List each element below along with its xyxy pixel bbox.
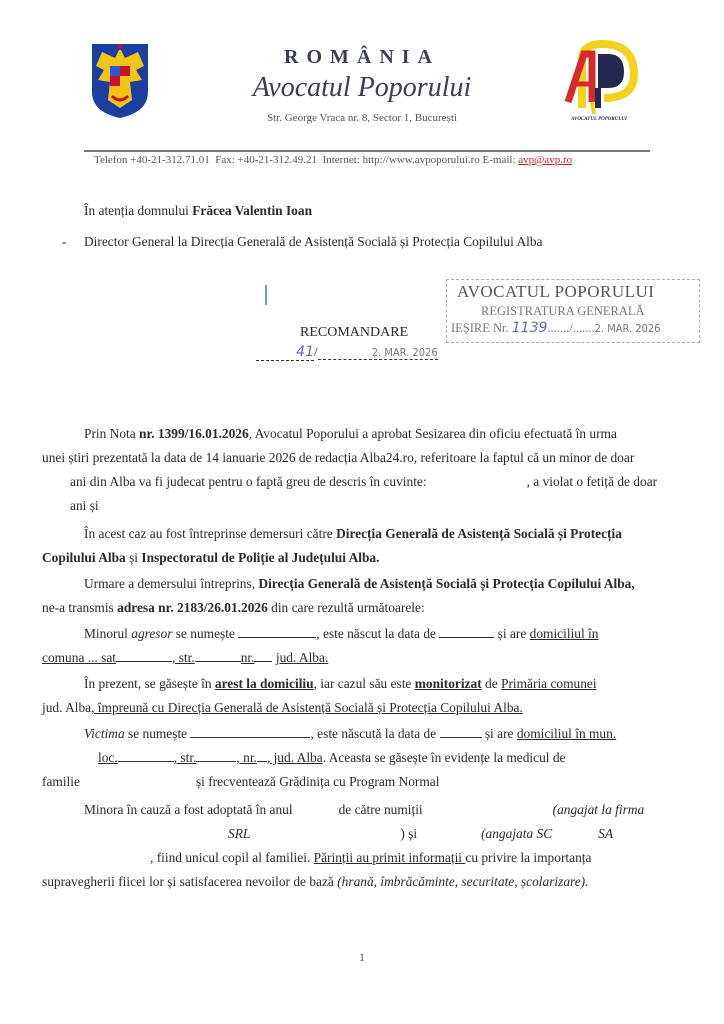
paragraph-1-line-2: unei știri prezentată la data de 14 ianu…	[42, 446, 634, 469]
paragraph-7-line-2: SRL) și(angajata SCSA	[228, 822, 613, 845]
text: arest la domiciliu	[215, 676, 314, 691]
registry-stamp: AVOCATUL POPORULUI REGISTRATURA GENERALĂ…	[446, 279, 700, 343]
text: Victima	[84, 726, 125, 741]
text: domiciliul în mun.	[517, 726, 616, 741]
paragraph-2-line-2: Copilului Alba și Inspectoratul de Poliț…	[42, 546, 379, 569]
text: Minorul	[84, 626, 131, 641]
text: , jud. Alba	[267, 750, 323, 765]
paragraph-4-line-1: Minorul agresor se numește , este născut…	[84, 622, 598, 645]
paragraph-6-line-3: familieși frecventează Grădinița cu Prog…	[42, 770, 439, 793]
header-divider	[84, 150, 650, 152]
text: se numește	[125, 726, 191, 741]
stamp-line-3: IEȘIRE Nr. 1139......./.......2. MAR. 20…	[451, 320, 660, 336]
contact-email-label: E-mail:	[483, 154, 516, 166]
redacted-blank	[238, 625, 316, 638]
text: În prezent, se găsește în	[84, 676, 215, 691]
paragraph-7-line-1: Minora în cauză a fost adoptată în anuld…	[84, 798, 644, 821]
text: ani din Alba va fi judecat pentru o fapt…	[70, 474, 427, 489]
text: , este născut la data de	[316, 626, 439, 641]
institution-name: Direcția Generală de Asistență Socială ș…	[336, 526, 622, 541]
paragraph-7-line-4: supravegherii fiicei lor și satisfacerea…	[42, 870, 589, 893]
text: loc.	[98, 750, 118, 765]
text: Minora în cauză a fost adoptată în anul	[84, 802, 293, 817]
text: , str.	[172, 650, 195, 665]
text: , nr.	[236, 750, 256, 765]
text: se numește	[172, 626, 238, 641]
text: jud. Alba	[42, 700, 91, 715]
paragraph-5-line-1: În prezent, se găsește în arest la domic…	[84, 672, 597, 695]
redacted-blank	[118, 749, 174, 762]
institution-name: Copilului Alba	[42, 550, 126, 565]
paragraph-2-line-1: În acest caz au fost întreprinse demersu…	[84, 522, 622, 545]
redacted-blank	[439, 625, 494, 638]
text: , iar cazul său este	[314, 676, 415, 691]
text: și	[126, 550, 142, 565]
paragraph-4-line-2: comuna ... sat, str.nr. jud. Alba.	[42, 646, 328, 669]
text: de	[482, 676, 501, 691]
text: În acest caz au fost întreprinse demersu…	[84, 526, 336, 541]
paragraph-1-line-3: ani din Alba va fi judecat pentru o fapt…	[70, 470, 657, 493]
text: comuna	[42, 650, 84, 665]
text: , Avocatul Poporului a aprobat Sesizarea…	[249, 426, 617, 441]
text: , fiind unicul copil al familiei.	[150, 850, 314, 865]
stamp-date: 2. MAR. 2026	[595, 322, 661, 335]
stamp-exit-number: 1139	[512, 320, 548, 336]
paragraph-3-line-1: Urmare a demersului întreprins, Direcția…	[84, 572, 635, 595]
redacted-blank	[190, 725, 310, 738]
text: Prin Nota	[84, 426, 139, 441]
redacted-blank	[116, 649, 172, 662]
redacted-blank	[257, 749, 267, 762]
text: (angajata SC	[481, 826, 552, 841]
text: (angajat la firma	[553, 802, 645, 817]
contact-web[interactable]: Internet: http://www.avpoporului.ro	[323, 154, 480, 166]
text: și are	[482, 726, 517, 741]
address-number: adresa nr. 2183/26.01.2026	[117, 600, 268, 615]
text: familie	[42, 774, 80, 789]
redacted-blank	[195, 649, 241, 662]
paragraph-6-line-1: Victima se numește , este născută la dat…	[84, 722, 616, 745]
text: ) și	[400, 826, 417, 841]
text: ne-a transmis	[42, 600, 117, 615]
text: ... sat	[84, 650, 116, 665]
contact-line: Telefon +40-21-312.71.01 Fax: +40-21-312…	[94, 154, 572, 166]
text: SRL	[228, 826, 250, 841]
pen-mark	[265, 285, 267, 305]
paragraph-5-line-2: jud. Alba, împreună cu Direcția Generală…	[42, 696, 523, 719]
paragraph-3-line-2: ne-a transmis adresa nr. 2183/26.01.2026…	[42, 596, 425, 619]
text: cu privire la importanța	[465, 850, 591, 865]
text: Primăria comunei	[501, 676, 597, 691]
page-number: 1	[0, 950, 724, 965]
text: nr.	[241, 650, 255, 665]
attention-line: În atenția domnului Frăcea Valentin Ioan	[84, 199, 312, 222]
institution-name: Inspectoratul de Poliție al Județului Al…	[141, 550, 379, 565]
paragraph-7-line-3: , fiind unicul copil al familiei. Părinț…	[150, 846, 591, 869]
svg-text:AVOCATUL POPORULUI: AVOCATUL POPORULUI	[570, 117, 628, 122]
paragraph-6-line-2: loc., str., nr., jud. Alba. Aceasta se g…	[70, 746, 565, 769]
text: jud. Alba.	[276, 650, 328, 665]
institution-name: Direcția Generală de Asistență Socială ș…	[258, 576, 634, 591]
stamp-line-1: AVOCATUL POPORULUI	[457, 282, 654, 302]
text: supravegherii fiicei lor și satisfacerea…	[42, 874, 337, 889]
list-dash: -	[62, 230, 84, 253]
attention-prefix: În atenția domnului	[84, 203, 189, 218]
stamp-line-2: REGISTRATURA GENERALĂ	[481, 304, 645, 319]
text: . Aceasta se găsește în evidențe la medi…	[323, 750, 566, 765]
recomandare-number: 41	[256, 344, 314, 361]
redacted-blank	[440, 725, 482, 738]
recomandare-date: 2. MAR. 2026	[318, 346, 438, 360]
stamp-exit-label: IEȘIRE Nr.	[451, 321, 509, 335]
avocatul-poporului-logo-icon: AVOCATUL POPORULUI	[558, 40, 640, 122]
redacted-blank	[196, 749, 236, 762]
paragraph-1-line-4: ani și	[70, 494, 99, 517]
redacted-blank	[254, 649, 272, 662]
text: din care rezultă următoarele:	[268, 600, 425, 615]
text: monitorizat	[415, 676, 482, 691]
text: , str.	[174, 750, 197, 765]
text: SA	[598, 826, 613, 841]
recomandare-label: RECOMANDARE	[300, 325, 408, 341]
text: de către numiții	[339, 802, 423, 817]
recomandare-number-line: 41/2. MAR. 2026	[256, 344, 438, 361]
contact-email-link[interactable]: avp@avp.ro	[518, 154, 572, 166]
note-number: nr. 1399/16.01.2026	[139, 426, 249, 441]
recipient-name: Frăcea Valentin Ioan	[192, 203, 312, 218]
text: (hrană, îmbrăcăminte, securitate, școlar…	[337, 874, 588, 889]
contact-phone: Telefon +40-21-312.71.01	[94, 154, 210, 166]
paragraph-1-line-1: Prin Nota nr. 1399/16.01.2026, Avocatul …	[84, 422, 617, 445]
text: și frecventează Grădinița cu Program Nor…	[196, 774, 440, 789]
contact-fax: Fax: +40-21-312.49.21	[215, 154, 317, 166]
recipient-title-line: -Director General la Direcția Generală d…	[62, 230, 542, 253]
text: agresor	[131, 626, 172, 641]
text: domiciliul în	[530, 626, 599, 641]
text: Părinții au primit informații	[314, 850, 466, 865]
text: , a violat o fetiță de doar	[527, 474, 658, 489]
text: Urmare a demersului întreprins,	[84, 576, 258, 591]
text: , împreună cu Direcția Generală de Asist…	[91, 700, 523, 715]
text: , este născută la data de	[310, 726, 439, 741]
recipient-title: Director General la Direcția Generală de…	[84, 234, 542, 249]
text: și are	[494, 626, 529, 641]
